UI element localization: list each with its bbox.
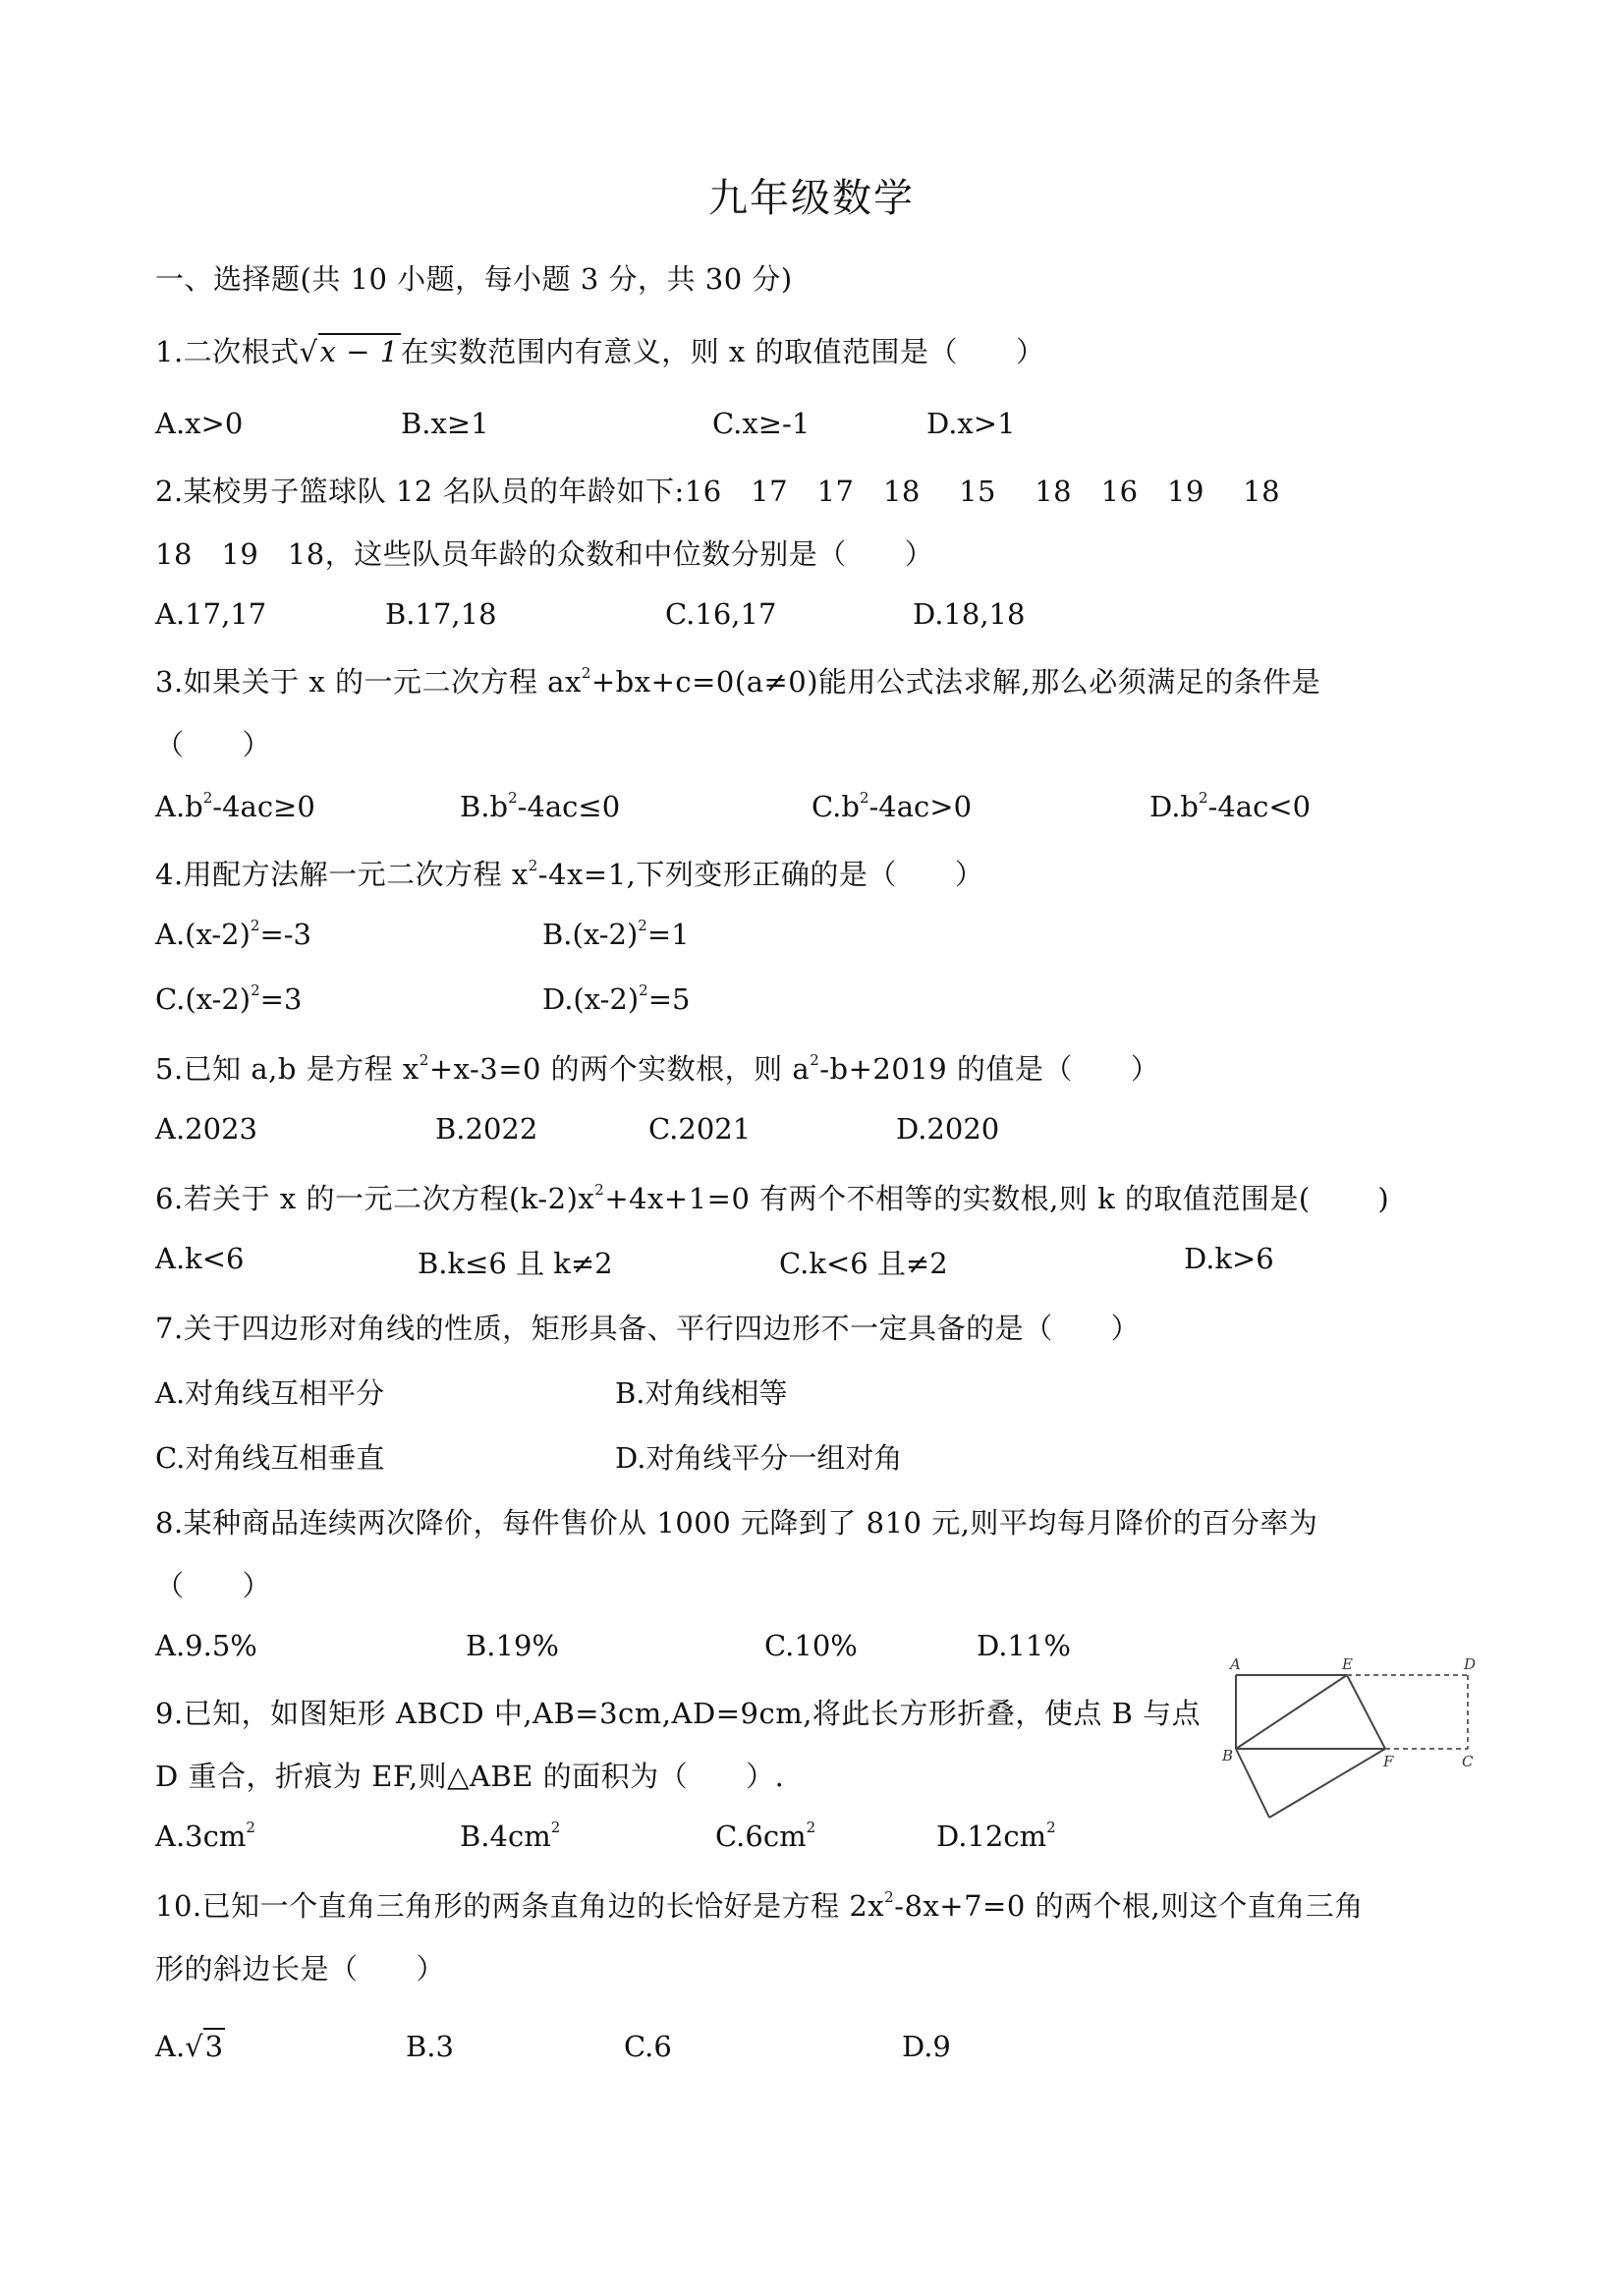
question-7: 7.关于四边形对角线的性质，矩形具备、平行四边形不一定具备的是（ ） xyxy=(155,1307,1140,1347)
q3-option-a: A.b2-4ac≥0 xyxy=(155,790,315,823)
q8-option-d: D.11% xyxy=(977,1629,1071,1662)
q9-option-c: C.6cm2 xyxy=(715,1820,815,1853)
q9-option-b: B.4cm2 xyxy=(460,1820,560,1853)
q8-option-c: C.10% xyxy=(764,1629,858,1662)
question-3-line-1: 3.如果关于 x 的一元二次方程 ax2+bx+c=0(a≠0)能用公式法求解,… xyxy=(155,660,1320,700)
q6-option-b: B.k≤6 且 k≠2 xyxy=(418,1242,613,1282)
sqrt-expression: √3 xyxy=(185,2030,225,2063)
q6-option-c: C.k<6 且≠2 xyxy=(779,1242,948,1282)
q9-option-a: A.3cm2 xyxy=(155,1820,255,1853)
q2-option-d: D.18,18 xyxy=(913,597,1025,631)
question-4: 4.用配方法解一元二次方程 x2-4x=1,下列变形正确的是（ ） xyxy=(155,853,983,893)
question-5: 5.已知 a,b 是方程 x2+x-3=0 的两个实数根，则 a2-b+2019… xyxy=(155,1047,1159,1088)
q9-option-d: D.12cm2 xyxy=(936,1820,1056,1853)
q6-option-a: A.k<6 xyxy=(155,1242,244,1275)
q3-option-d: D.b2-4ac<0 xyxy=(1149,790,1311,823)
question-2-line-2: 18 19 18，这些队员年龄的众数和中位数分别是（ ） xyxy=(155,532,933,573)
question-6: 6.若关于 x 的一元二次方程(k-2)x2+4x+1=0 有两个不相等的实数根… xyxy=(155,1177,1389,1217)
q2-option-c: C.16,17 xyxy=(665,597,776,631)
question-9-line-1: 9.已知，如图矩形 ABCD 中,AB=3cm,AD=9cm,将此长方形折叠，使… xyxy=(155,1692,1201,1732)
q4-option-c: C.(x-2)2=3 xyxy=(155,982,302,1016)
q3-option-b: B.b2-4ac≤0 xyxy=(460,790,620,823)
question-8-line-2: （ ） xyxy=(155,1564,271,1604)
question-10-line-1: 10.已知一个直角三角形的两条直角边的长恰好是方程 2x2-8x+7=0 的两个… xyxy=(155,1884,1364,1925)
sqrt-expression: √x − 1 xyxy=(300,335,401,368)
q1-option-b: B.x≥1 xyxy=(401,407,489,440)
q2-option-a: A.17,17 xyxy=(155,597,266,631)
q7-option-a: A.对角线互相平分 xyxy=(155,1372,384,1412)
question-1: 1.二次根式√x − 1在实数范围内有意义，则 x 的取值范围是（ ） xyxy=(155,330,1045,370)
folded-rectangle-figure: A E D B F C xyxy=(1216,1651,1501,1837)
q1-option-c: C.x≥-1 xyxy=(712,407,810,440)
label-f: F xyxy=(1382,1753,1394,1770)
q6-option-d: D.k>6 xyxy=(1184,1242,1274,1275)
q7-option-d: D.对角线平分一组对角 xyxy=(615,1436,902,1477)
q4-option-b: B.(x-2)2=1 xyxy=(542,918,690,951)
q5-option-d: D.2020 xyxy=(896,1112,999,1146)
question-10-line-2: 形的斜边长是（ ） xyxy=(155,1947,445,1988)
q10-option-b: B.3 xyxy=(406,2030,454,2063)
q1-option-a: A.x>0 xyxy=(155,407,243,440)
q5-option-c: C.2021 xyxy=(648,1112,751,1146)
question-1-text-tail: 在实数范围内有意义，则 x 的取值范围是（ ） xyxy=(401,335,1045,368)
q10-option-d: D.9 xyxy=(902,2030,951,2063)
q4-option-d: D.(x-2)2=5 xyxy=(542,982,690,1016)
q8-option-b: B.19% xyxy=(466,1629,559,1662)
question-3-line-2: （ ） xyxy=(155,723,271,763)
label-b: B xyxy=(1221,1747,1233,1764)
q3-option-c: C.b2-4ac>0 xyxy=(811,790,972,823)
label-d: D xyxy=(1463,1655,1476,1673)
q8-option-a: A.9.5% xyxy=(155,1629,257,1662)
q10-option-a: A.√3 xyxy=(155,2030,225,2063)
q1-option-d: D.x>1 xyxy=(926,407,1016,440)
q5-option-a: A.2023 xyxy=(155,1112,257,1146)
label-e: E xyxy=(1341,1655,1353,1673)
q2-option-b: B.17,18 xyxy=(385,597,497,631)
q10-option-c: C.6 xyxy=(624,2030,672,2063)
page-title: 九年级数学 xyxy=(0,167,1623,223)
question-9-line-2: D 重合，折痕为 EF,则△ABE 的面积为（ ）. xyxy=(155,1755,784,1795)
q5-option-b: B.2022 xyxy=(435,1112,537,1146)
label-a: A xyxy=(1228,1655,1241,1673)
q4-option-a: A.(x-2)2=-3 xyxy=(155,918,311,951)
q7-option-c: C.对角线互相垂直 xyxy=(155,1436,384,1477)
label-c: C xyxy=(1462,1753,1474,1770)
section-heading: 一、选择题(共 10 小题，每小题 3 分，共 30 分) xyxy=(155,257,793,298)
q7-option-b: B.对角线相等 xyxy=(615,1372,788,1412)
question-8-line-1: 8.某种商品连续两次降价，每件售价从 1000 元降到了 810 元,则平均每月… xyxy=(155,1501,1317,1541)
question-2-line-1: 2.某校男子篮球队 12 名队员的年龄如下:16 17 17 18 15 18 … xyxy=(155,470,1280,510)
question-1-text: 1.二次根式 xyxy=(155,335,300,368)
